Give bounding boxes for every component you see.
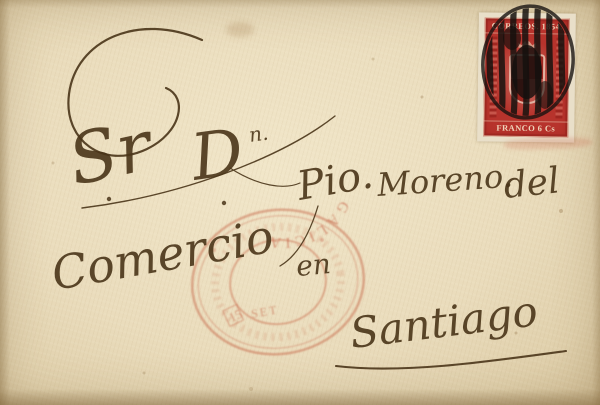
address-word-first-name: Pio. <box>293 151 377 210</box>
ink-dot <box>222 201 226 205</box>
numeral-text: 15 <box>226 306 244 325</box>
address-word-destination: Santiago <box>347 286 540 358</box>
address-word-particle: del <box>502 160 562 207</box>
datestamp-numeral: 15 <box>223 304 245 326</box>
address-word-trade: Comercio <box>48 209 278 301</box>
datestamp-speck <box>320 238 324 242</box>
grid-cancellation <box>477 1 580 123</box>
address-word-title: D <box>186 115 248 196</box>
datestamp-month-text: SET <box>250 302 279 321</box>
address-word-salutation: Sr <box>61 104 161 202</box>
ink-dot <box>107 197 111 201</box>
ink-overlay: GALICIA SET 15 <box>0 0 600 405</box>
address-word-surname: Moreno. <box>375 157 514 204</box>
postal-cover-photo: CORREOS. 1854. FRANCO 6 Cs GALICIA <box>0 0 600 405</box>
address-word-preposition: en <box>295 247 332 283</box>
address-word-title-superscript: n. <box>247 121 269 147</box>
